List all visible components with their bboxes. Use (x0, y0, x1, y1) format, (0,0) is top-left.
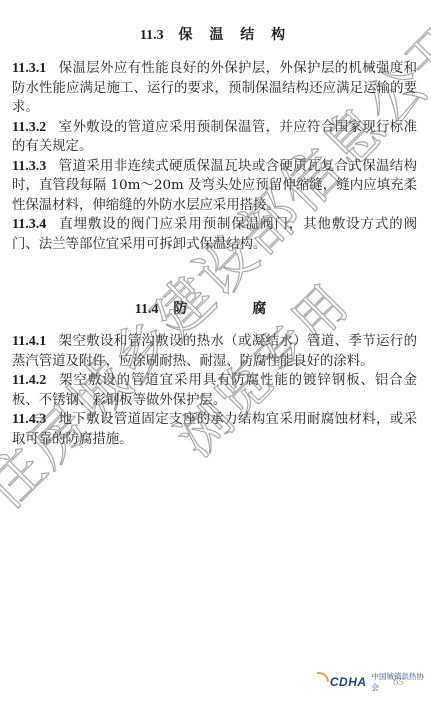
section-11-4-clauses: 11.4.1架空敷设和管沟敷设的热水（或凝结水）管道、季节运行的蒸汽管道及附件，… (12, 332, 417, 449)
footer-logo: CDHA 中国城镇供热协会 (314, 672, 431, 692)
clause-text: 直埋敷设的阀门应采用预制保温阀门，其他敷设方式的阀门、法兰等部位宜采用可拆卸式保… (12, 217, 417, 252)
clause-number: 11.4.3 (12, 412, 46, 427)
clause-text: 管道采用非连续式硬质保温瓦块或含硬质瓦复合式保温结构时，直管段每隔 10m～20… (12, 159, 417, 213)
clause-11-3-4: 11.3.4直埋敷设的阀门应采用预制保温阀门，其他敷设方式的阀门、法兰等部位宜采… (12, 215, 417, 254)
section-heading-11-4: 11.4 防 腐 (0, 298, 431, 318)
section-title: 保 温 结 构 (178, 27, 291, 43)
clause-text: 室外敷设的管道应采用预制保温管，并应符合国家现行标准的有关规定。 (12, 120, 417, 155)
cdha-logo-icon (314, 674, 328, 690)
clause-number: 11.3.4 (12, 217, 46, 232)
section-title: 防 腐 (173, 301, 296, 317)
section-11-3-clauses: 11.3.1保温层外应有性能良好的外保护层，外保护层的机械强度和防水性能应满足施… (12, 59, 417, 254)
logo-abbreviation: CDHA (330, 675, 367, 689)
clause-number: 11.4.2 (12, 373, 46, 388)
clause-number: 11.4.1 (12, 334, 46, 349)
clause-number: 11.3.2 (12, 120, 46, 135)
clause-text: 地下敷设管道固定支座的承力结构宜采用耐腐蚀材料，或采取可靠的防腐措施。 (12, 412, 417, 447)
clause-11-3-3: 11.3.3管道采用非连续式硬质保温瓦块或含硬质瓦复合式保温结构时，直管段每隔 … (12, 157, 417, 216)
clause-11-4-2: 11.4.2架空敷设的管道宜采用具有防腐性能的镀锌钢板、铝合金板、不锈钢、彩钢板… (12, 371, 417, 410)
clause-text: 架空敷设和管沟敷设的热水（或凝结水）管道、季节运行的蒸汽管道及附件，应涂刷耐热、… (12, 334, 417, 369)
page-number: 65 (393, 676, 404, 688)
section-number: 11.3 (140, 28, 164, 43)
clause-11-4-1: 11.4.1架空敷设和管沟敷设的热水（或凝结水）管道、季节运行的蒸汽管道及附件，… (12, 332, 417, 371)
clause-text: 架空敷设的管道宜采用具有防腐性能的镀锌钢板、铝合金板、不锈钢、彩钢板等做外保护层… (12, 373, 417, 408)
clause-11-4-3: 11.4.3地下敷设管道固定支座的承力结构宜采用耐腐蚀材料，或采取可靠的防腐措施… (12, 410, 417, 449)
clause-11-3-2: 11.3.2室外敷设的管道应采用预制保温管，并应符合国家现行标准的有关规定。 (12, 118, 417, 157)
section-number: 11.4 (135, 302, 159, 317)
clause-number: 11.3.3 (12, 159, 46, 174)
clause-number: 11.3.1 (12, 61, 46, 76)
document-page: 11.3 保 温 结 构 11.3.1保温层外应有性能良好的外保护层，外保护层的… (0, 0, 431, 704)
clause-text: 保温层外应有性能良好的外保护层，外保护层的机械强度和防水性能应满足施工、运行的要… (12, 61, 417, 115)
section-heading-11-3: 11.3 保 温 结 构 (0, 24, 431, 44)
clause-11-3-1: 11.3.1保温层外应有性能良好的外保护层，外保护层的机械强度和防水性能应满足施… (12, 59, 417, 118)
